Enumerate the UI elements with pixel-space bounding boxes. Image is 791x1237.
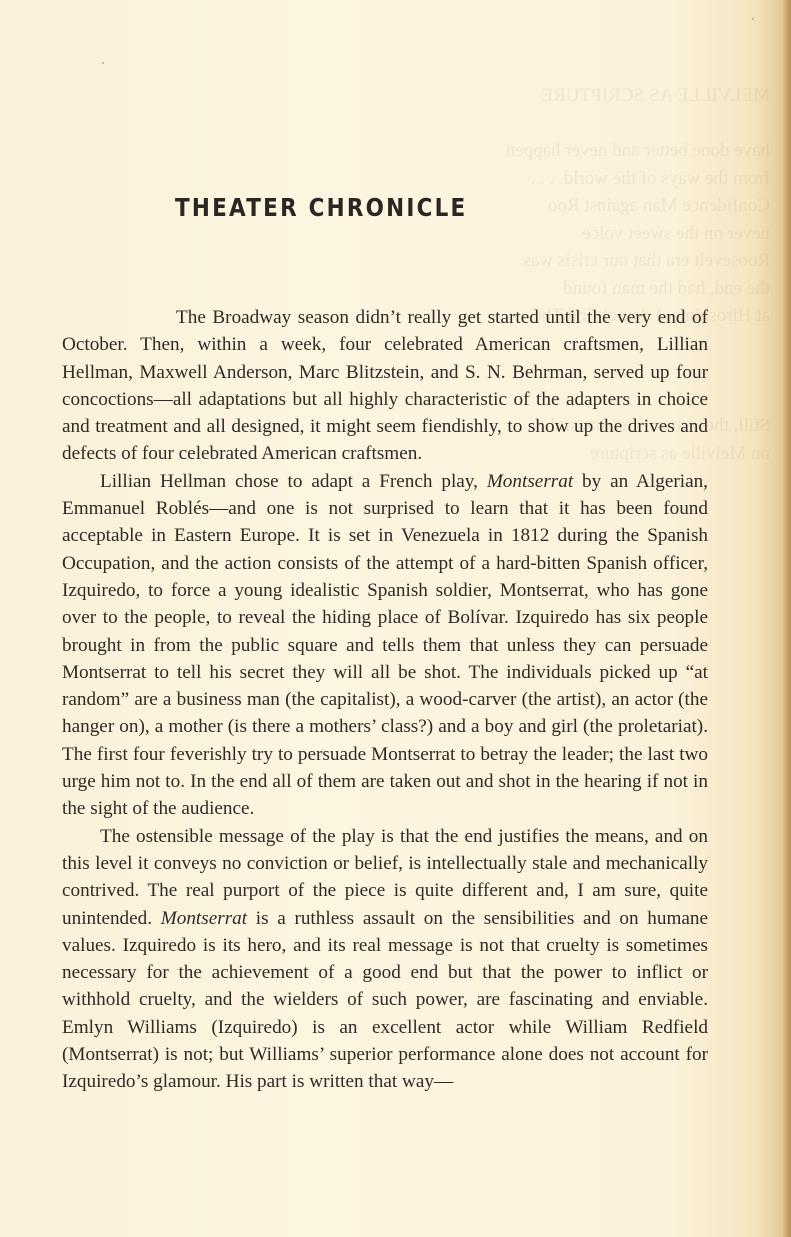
paragraph-3: The ostensible message of the play is th… [62, 823, 708, 1096]
paragraph-text: is a ruthless assault on the sensibiliti… [62, 908, 708, 1093]
speck [752, 18, 754, 20]
paragraph-text: Lillian Hellman chose to adapt a French … [100, 471, 487, 492]
article-body: The Broadway season didn’t really get st… [62, 304, 708, 1096]
book-page: MELVILLE AS SCRIPTURE have done better a… [0, 0, 791, 1237]
paragraph-text: by an Algerian, Emmanuel Roblés—and one … [62, 471, 708, 820]
speck [102, 62, 104, 64]
paragraph-2: Lillian Hellman chose to adapt a French … [62, 468, 708, 823]
play-title: Montserrat [161, 908, 247, 929]
page-edge-shadow [781, 0, 791, 1237]
play-title: Montserrat [487, 471, 573, 492]
chapter-title: THEATER CHRONICLE [175, 193, 467, 222]
paragraph-1: The Broadway season didn’t really get st… [62, 304, 708, 468]
paragraph-text: The Broadway season didn’t really get st… [62, 307, 708, 464]
